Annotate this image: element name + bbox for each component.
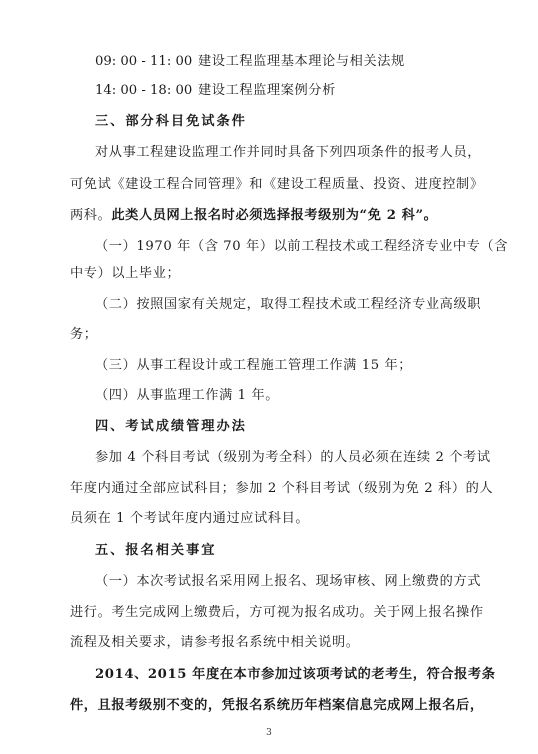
document-page: 09: 00 - 11: 00建设工程监理基本理论与相关法规 14: 00 - …	[0, 0, 538, 754]
paragraph-line: 两科。此类人员网上报名时必须选择报考级别为“免 2 科”。	[70, 207, 462, 225]
section-heading-exemption: 三、部分科目免试条件	[95, 113, 462, 131]
page-number: 3	[0, 728, 538, 738]
section-heading-registration: 五、报名相关事宜	[95, 542, 462, 560]
paragraph-line-bold: 件，且报考级别不变的，凭报名系统历年档案信息完成网上报名后，	[70, 697, 462, 715]
condition-item-cont: 中专）以上毕业；	[70, 265, 462, 283]
paragraph-line: 员须在 1 个考试年度内通过应试科目。	[70, 510, 462, 528]
paragraph-line: 对从事工程建设监理工作并同时具备下列四项条件的报考人员，	[95, 144, 462, 162]
paragraph-line-bold: 2014、2015 年度在本市参加过该项考试的老考生，符合报考条	[95, 666, 462, 684]
paragraph-line: 年度内通过全部应试科目；参加 2 个科目考试（级别为免 2 科）的人	[70, 480, 462, 498]
schedule-time: 14: 00 - 18: 00	[95, 82, 198, 100]
condition-item-cont: 务；	[70, 326, 462, 344]
schedule-subject: 建设工程监理基本理论与相关法规	[198, 54, 405, 69]
schedule-subject: 建设工程监理案例分析	[198, 83, 336, 98]
condition-item: （一）1970 年（含 70 年）以前工程技术或工程经济专业中专（含	[95, 238, 462, 256]
schedule-row: 09: 00 - 11: 00建设工程监理基本理论与相关法规	[95, 53, 462, 71]
emphasis-text: 此类人员网上报名时必须选择报考级别为“免 2 科”。	[111, 208, 437, 223]
paragraph-line: （一）本次考试报名采用网上报名、现场审核、网上缴费的方式	[95, 573, 462, 591]
paragraph-line: 可免试《建设工程合同管理》和《建设工程质量、投资、进度控制》	[70, 176, 462, 194]
section-heading-scores: 四、考试成绩管理办法	[95, 418, 462, 436]
paragraph-line: 流程及相关要求，请参考报名系统中相关说明。	[70, 634, 462, 652]
paragraph-text: 两科。	[70, 208, 111, 223]
paragraph-line: 参加 4 个科目考试（级别为考全科）的人员必须在连续 2 个考试	[95, 449, 462, 467]
condition-item: （二）按照国家有关规定，取得工程技术或工程经济专业高级职	[95, 296, 462, 314]
schedule-time: 09: 00 - 11: 00	[95, 53, 198, 71]
condition-item: （四）从事监理工作满 1 年。	[95, 387, 462, 405]
paragraph-line: 进行。考生完成网上缴费后，方可视为报名成功。关于网上报名操作	[70, 604, 462, 622]
schedule-row: 14: 00 - 18: 00建设工程监理案例分析	[95, 82, 462, 100]
condition-item: （三）从事工程设计或工程施工管理工作满 15 年；	[95, 357, 462, 375]
